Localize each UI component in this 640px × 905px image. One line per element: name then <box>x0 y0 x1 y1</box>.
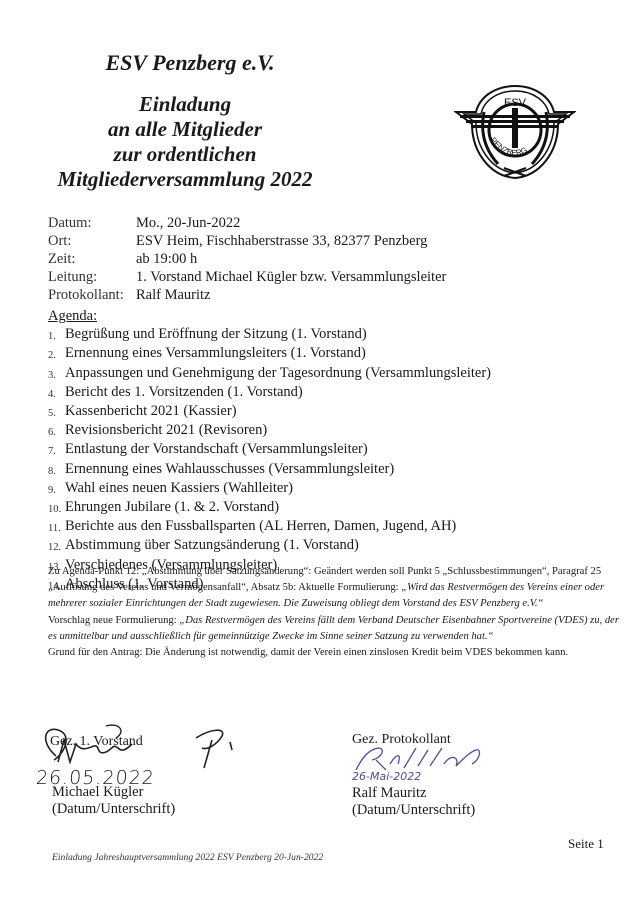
agenda-item: 4.Bericht des 1. Vorsitzenden (1. Vorsta… <box>48 384 491 403</box>
agenda-item-text: Entlastung der Vorstandschaft (Versammlu… <box>65 441 368 460</box>
signer-name: Michael Kügler <box>52 784 175 801</box>
signer-chair: Michael Kügler (Datum/Unterschrift) <box>52 784 175 818</box>
detail-row-time: Zeit:ab 19:00 h <box>48 250 446 268</box>
detail-row-recorder: Protokollant:Ralf Mauritz <box>48 286 446 304</box>
agenda-item-text: Anpassungen und Genehmigung der Tagesord… <box>65 365 491 384</box>
agenda-item-number: 7. <box>48 441 65 460</box>
agenda-item-text: Begrüßung und Eröffnung der Sitzung (1. … <box>65 326 367 345</box>
detail-row-date: Datum:Mo., 20-Jun-2022 <box>48 214 446 232</box>
agenda-list: 1.Begrüßung und Eröffnung der Sitzung (1… <box>48 326 491 595</box>
agenda-item-text: Ehrungen Jubilare (1. & 2. Vorstand) <box>65 499 279 518</box>
logo-top-text: ESV <box>504 97 527 109</box>
agenda-item: 5.Kassenbericht 2021 (Kassier) <box>48 403 491 422</box>
agenda-item: 2.Ernennung eines Versammlungsleiters (1… <box>48 345 491 364</box>
detail-label: Datum: <box>48 214 136 232</box>
invitation-heading: Einladung an alle Mitglieder zur ordentl… <box>40 92 330 192</box>
detail-value: Ralf Mauritz <box>136 286 211 304</box>
agenda-item-text: Wahl eines neuen Kassiers (Wahlleiter) <box>65 480 293 499</box>
agenda-item-number: 8. <box>48 461 65 480</box>
agenda-item-text: Kassenbericht 2021 (Kassier) <box>65 403 237 422</box>
detail-value: Mo., 20-Jun-2022 <box>136 214 240 232</box>
detail-label: Protokollant: <box>48 286 136 304</box>
invitation-line: an alle Mitglieder <box>40 117 330 142</box>
invitation-line: Einladung <box>40 92 330 117</box>
agenda-item: 12.Abstimmung über Satzungsänderung (1. … <box>48 537 491 556</box>
agenda-title: Agenda: <box>48 308 491 325</box>
invitation-line: zur ordentlichen <box>40 142 330 167</box>
agenda-item: 3.Anpassungen und Genehmigung der Tageso… <box>48 365 491 384</box>
agenda-item-number: 2. <box>48 345 65 364</box>
detail-value: 1. Vorstand Michael Kügler bzw. Versamml… <box>136 268 446 286</box>
agenda-item-text: Revisionsbericht 2021 (Revisoren) <box>65 422 267 441</box>
detail-value: ESV Heim, Fischhaberstrasse 33, 82377 Pe… <box>136 232 427 250</box>
agenda-item: 6.Revisionsbericht 2021 (Revisoren) <box>48 422 491 441</box>
agenda-item-number: 5. <box>48 403 65 422</box>
agenda-item: 1.Begrüßung und Eröffnung der Sitzung (1… <box>48 326 491 345</box>
note-proposal-label: Vorschlag neue Formulierung: <box>48 615 179 626</box>
agenda-item-number: 6. <box>48 422 65 441</box>
detail-label: Leitung: <box>48 268 136 286</box>
detail-row-chair: Leitung:1. Vorstand Michael Kügler bzw. … <box>48 268 446 286</box>
detail-label: Zeit: <box>48 250 136 268</box>
agenda-item-number: 11. <box>48 518 65 537</box>
signer-recorder: Ralf Mauritz (Datum/Unterschrift) <box>352 785 475 819</box>
signer-caption: (Datum/Unterschrift) <box>52 801 175 818</box>
agenda-item-text: Berichte aus den Fussballsparten (AL Her… <box>65 518 456 537</box>
signer-caption: (Datum/Unterschrift) <box>352 802 475 819</box>
organization-title: ESV Penzberg e.V. <box>80 50 300 76</box>
detail-label: Ort: <box>48 232 136 250</box>
detail-row-location: Ort:ESV Heim, Fischhaberstrasse 33, 8237… <box>48 232 446 250</box>
agenda-item-number: 1. <box>48 326 65 345</box>
meeting-details: Datum:Mo., 20-Jun-2022 Ort:ESV Heim, Fis… <box>48 214 446 304</box>
agenda-item: 7.Entlastung der Vorstandschaft (Versamm… <box>48 441 491 460</box>
agenda-item: 8.Ernennung eines Wahlausschusses (Versa… <box>48 461 491 480</box>
invitation-line: Mitgliederversammlung 2022 <box>40 167 330 192</box>
agenda-item: 10.Ehrungen Jubilare (1. & 2. Vorstand) <box>48 499 491 518</box>
handwritten-date-recorder: 26-Mai-2022 <box>352 770 421 783</box>
detail-value: ab 19:00 h <box>136 250 197 268</box>
agenda-item-number: 9. <box>48 480 65 499</box>
esv-penzberg-emblem-icon: ESV PENZBERG <box>454 82 576 182</box>
agenda-item: 9.Wahl eines neuen Kassiers (Wahlleiter) <box>48 480 491 499</box>
agenda-item-text: Abstimmung über Satzungsänderung (1. Vor… <box>65 537 359 556</box>
agenda: Agenda: 1.Begrüßung und Eröffnung der Si… <box>48 308 491 595</box>
agenda-item-text: Ernennung eines Wahlausschusses (Versamm… <box>65 461 394 480</box>
agenda-item: 11.Berichte aus den Fussballsparten (AL … <box>48 518 491 537</box>
note-reason: Grund für den Antrag: Die Änderung ist n… <box>48 647 568 658</box>
agenda-item-number: 12. <box>48 537 65 556</box>
agenda-item-text: Ernennung eines Versammlungsleiters (1. … <box>65 345 366 364</box>
agenda-item-text: Bericht des 1. Vorsitzenden (1. Vorstand… <box>65 384 303 403</box>
agenda-item-number: 4. <box>48 384 65 403</box>
page-number: Seite 1 <box>568 836 604 852</box>
amendment-note: Zu Agenda-Punkt 12: „Abstimmung über Sat… <box>48 564 620 661</box>
agenda-item-number: 3. <box>48 365 65 384</box>
document-footer: Einladung Jahreshauptversammlung 2022 ES… <box>52 852 323 863</box>
signer-name: Ralf Mauritz <box>352 785 475 802</box>
agenda-item-number: 10. <box>48 499 65 518</box>
